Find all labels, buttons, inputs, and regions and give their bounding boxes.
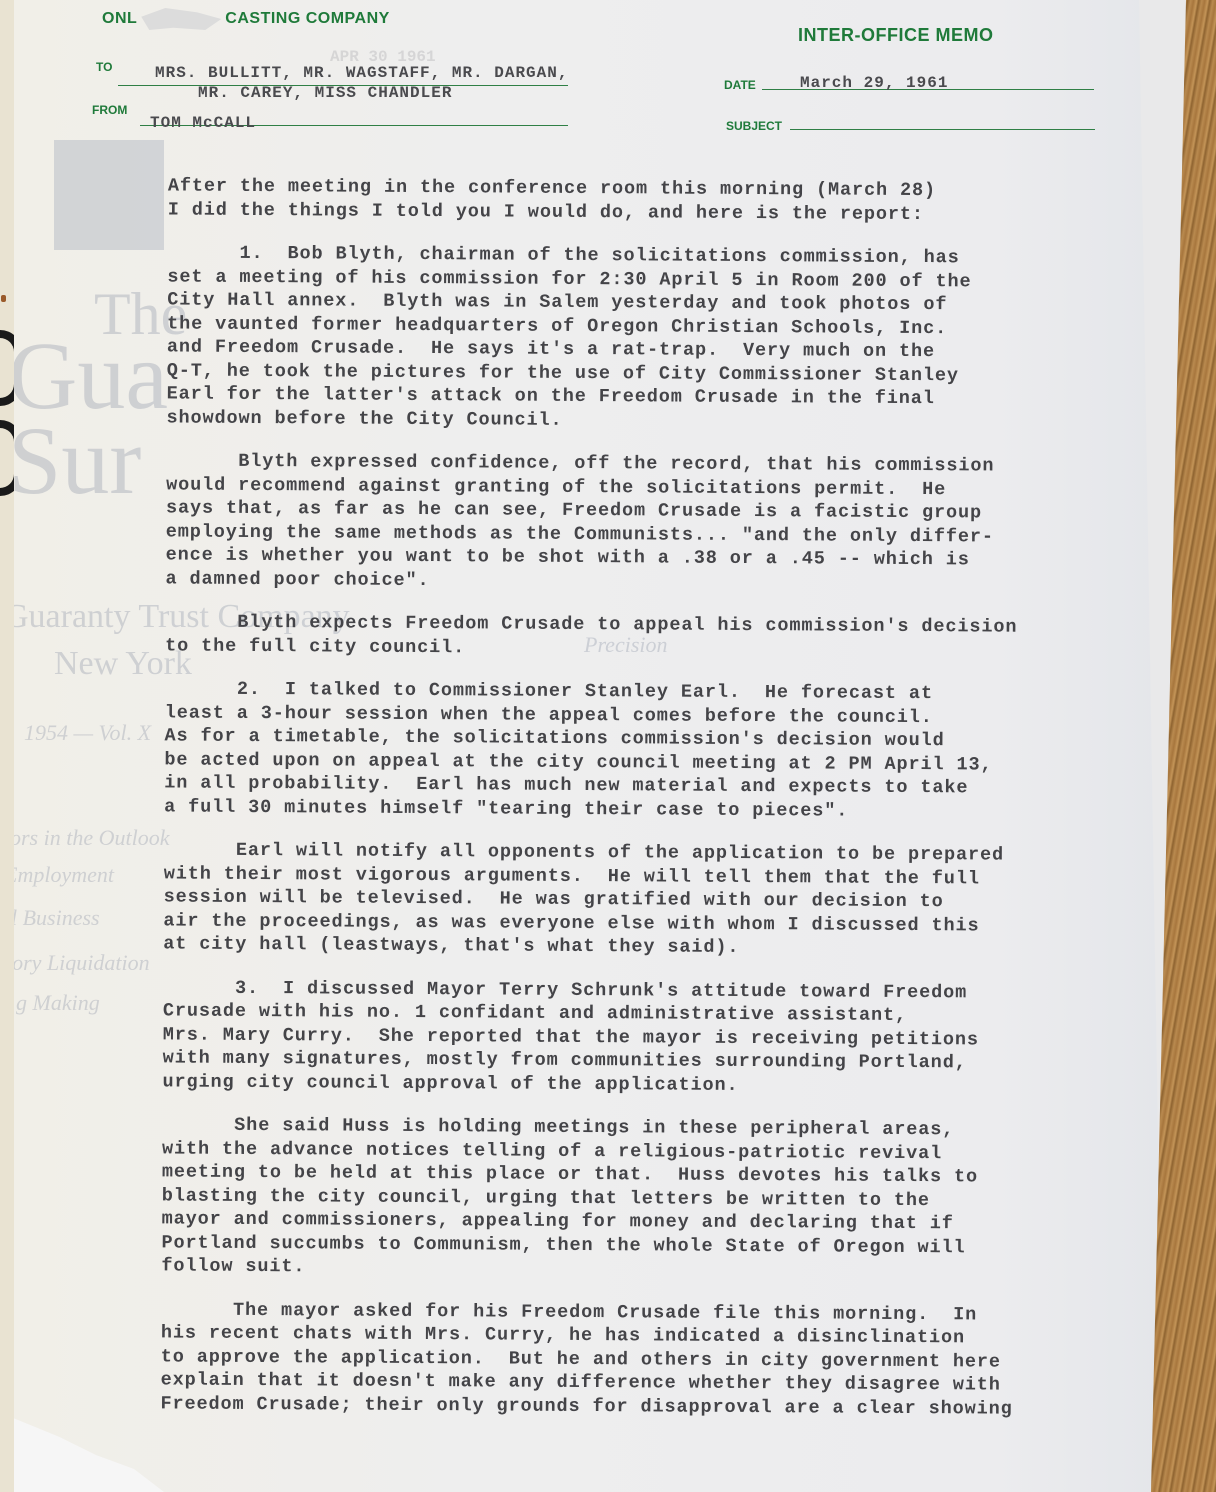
company-name-fragment: ONL [102, 10, 137, 27]
memo-paragraph: The mayor asked for his Freedom Crusade … [88, 1297, 1179, 1421]
subject-rule [790, 129, 1095, 130]
memo-title: INTER-OFFICE MEMO [798, 25, 994, 46]
date-value: March 29, 1961 [800, 74, 948, 92]
bleed-through-text: al Business [0, 905, 100, 931]
memo-paragraph: 3. I discussed Mayor Terry Schrunk's att… [90, 975, 1181, 1099]
to-recipients-line-1: MRS. BULLITT, MR. WAGSTAFF, MR. DARGAN, [155, 64, 568, 82]
to-recipients-line-2: MR. CAREY, MISS CHANDLER [198, 84, 452, 102]
rust-spot [1, 295, 6, 302]
bleed-through-text: g Making [16, 990, 100, 1016]
from-value: TOM McCALL [150, 114, 256, 132]
from-label: FROM [92, 103, 127, 117]
memo-paragraph: After the meeting in the conference room… [96, 174, 1186, 228]
memo-paragraph: 2. I talked to Commissioner Stanley Earl… [92, 677, 1183, 825]
subject-label: SUBJECT [726, 119, 782, 133]
to-label: TO [96, 60, 112, 74]
memo-paragraph: Earl will notify all opponents of the ap… [91, 838, 1182, 962]
memo-paragraph: Blyth expects Freedom Crusade to appeal … [93, 610, 1183, 664]
company-name: ONLCASTING COMPANY [102, 8, 390, 30]
company-name-text: CASTING COMPANY [225, 10, 390, 27]
date-label: DATE [724, 78, 756, 92]
torn-paper-patch [141, 8, 221, 30]
memo-body: After the meeting in the conference room… [88, 174, 1186, 1442]
memo-paragraph: She said Huss is holding meetings in the… [89, 1113, 1180, 1284]
memo-paragraph: 1. Bob Blyth, chairman of the solicitati… [94, 241, 1185, 436]
memo-paragraph: Blyth expressed confidence, off the reco… [93, 449, 1184, 597]
